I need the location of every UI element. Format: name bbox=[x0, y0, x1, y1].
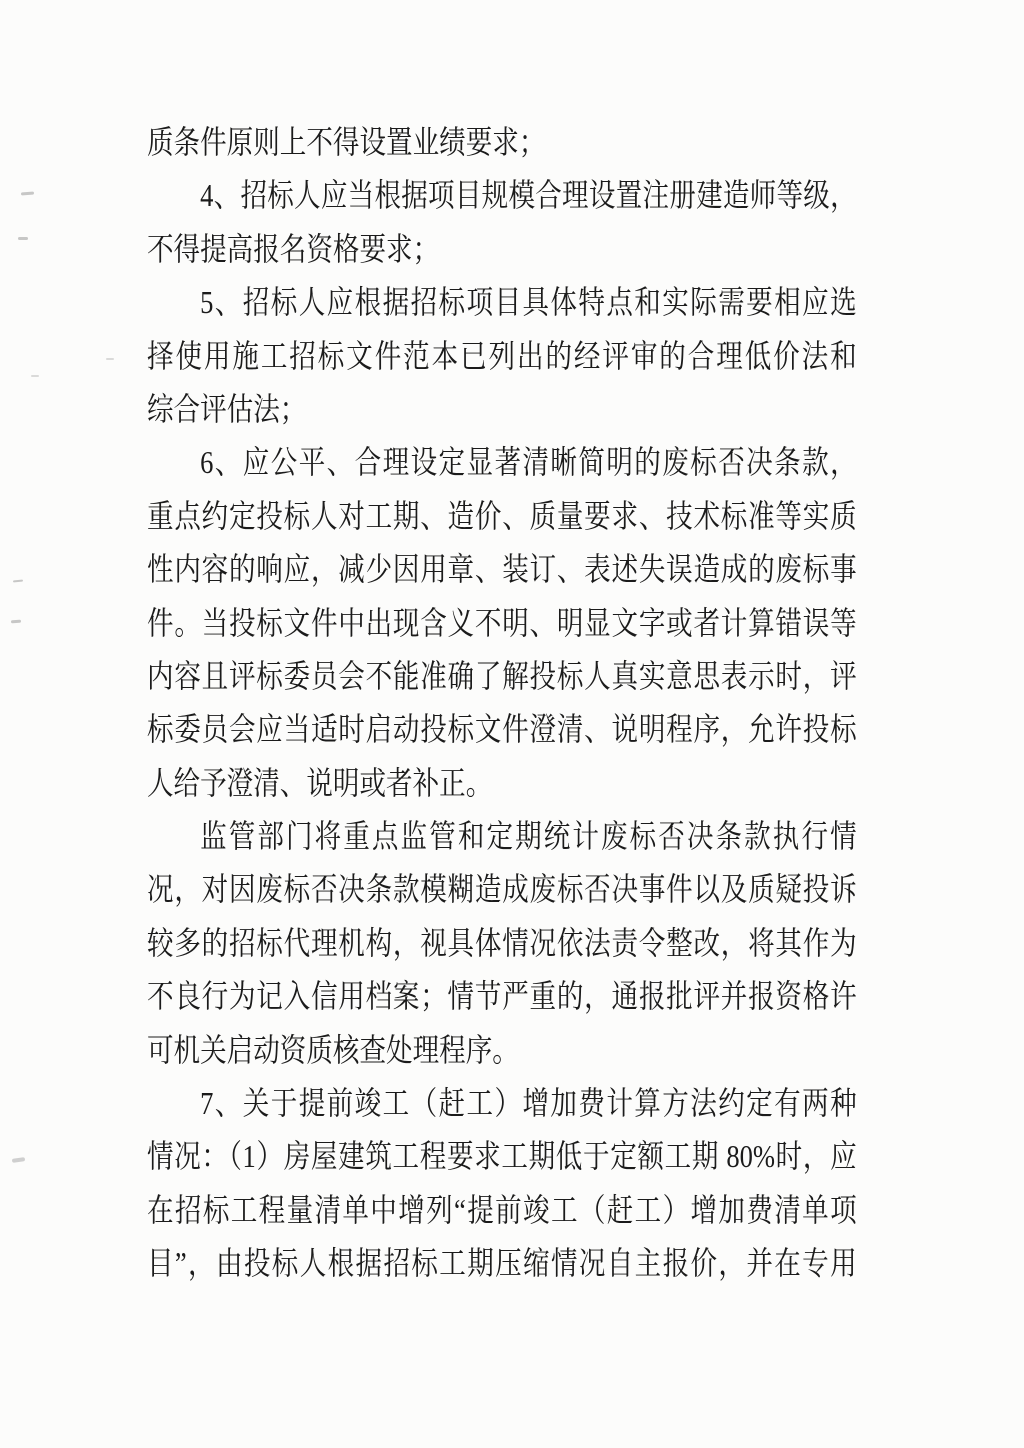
document-page: 质条件原则上不得设置业绩要求；4、招标人应当根据项目规模合理设置注册建造师等级，… bbox=[0, 0, 1024, 1448]
text-line: 7、关于提前竣工（赶工）增加费计算方法约定有两种 bbox=[147, 1077, 857, 1130]
text-line: 不得提高报名资格要求； bbox=[147, 223, 857, 276]
scan-artifact bbox=[21, 192, 34, 196]
text-line: 质条件原则上不得设置业绩要求； bbox=[147, 116, 857, 169]
paragraph-supervision: 监管部门将重点监管和定期统计废标否决条款执行情况，对因废标否决条款模糊造成废标否… bbox=[147, 810, 857, 1077]
text-line: 人给予澄清、说明或者补正。 bbox=[147, 757, 857, 810]
text-line: 综合评估法； bbox=[147, 383, 857, 436]
paragraph-continuation: 质条件原则上不得设置业绩要求； bbox=[147, 116, 857, 169]
scan-artifact bbox=[31, 375, 39, 377]
text-line: 重点约定投标人对工期、造价、质量要求、技术标准等实质 bbox=[147, 490, 857, 543]
text-line: 较多的招标代理机构，视具体情况依法责令整改，将其作为 bbox=[147, 917, 857, 970]
scan-artifact bbox=[106, 358, 114, 360]
text-line: 标委员会应当适时启动投标文件澄清、说明程序，允许投标 bbox=[147, 703, 857, 756]
text-line: 情况：（1）房屋建筑工程要求工期低于定额工期 80%时，应 bbox=[147, 1130, 857, 1183]
text-line: 性内容的响应，减少因用章、装订、表述失误造成的废标事 bbox=[147, 543, 857, 596]
text-line: 内容且评标委员会不能准确了解投标人真实意思表示时，评 bbox=[147, 650, 857, 703]
paragraph-item-6: 6、应公平、合理设定显著清晰简明的废标否决条款，重点约定投标人对工期、造价、质量… bbox=[147, 436, 857, 810]
scan-artifact bbox=[18, 237, 28, 240]
paragraph-item-5: 5、招标人应根据招标项目具体特点和实际需要相应选择使用施工招标文件范本已列出的经… bbox=[147, 276, 857, 436]
document-text-block: 质条件原则上不得设置业绩要求；4、招标人应当根据项目规模合理设置注册建造师等级，… bbox=[147, 116, 857, 1291]
text-line: 6、应公平、合理设定显著清晰简明的废标否决条款， bbox=[147, 436, 857, 489]
paragraph-item-4: 4、招标人应当根据项目规模合理设置注册建造师等级，不得提高报名资格要求； bbox=[147, 169, 857, 276]
text-line: 5、招标人应根据招标项目具体特点和实际需要相应选 bbox=[147, 276, 857, 329]
text-line: 择使用施工招标文件范本已列出的经评审的合理低价法和 bbox=[147, 330, 857, 383]
scan-artifact bbox=[11, 620, 21, 624]
text-line: 况，对因废标否决条款模糊造成废标否决事件以及质疑投诉 bbox=[147, 863, 857, 916]
paragraph-item-7: 7、关于提前竣工（赶工）增加费计算方法约定有两种情况：（1）房屋建筑工程要求工期… bbox=[147, 1077, 857, 1291]
scan-artifact bbox=[13, 579, 23, 582]
text-line: 监管部门将重点监管和定期统计废标否决条款执行情 bbox=[147, 810, 857, 863]
text-line: 目”，由投标人根据招标工期压缩情况自主报价，并在专用 bbox=[147, 1237, 857, 1290]
text-line: 件。当投标文件中出现含义不明、明显文字或者计算错误等 bbox=[147, 597, 857, 650]
text-line: 在招标工程量清单中增列“提前竣工（赶工）增加费清单项 bbox=[147, 1184, 857, 1237]
text-line: 不良行为记入信用档案；情节严重的，通报批评并报资格许 bbox=[147, 970, 857, 1023]
scan-artifact bbox=[12, 1157, 25, 1163]
text-line: 4、招标人应当根据项目规模合理设置注册建造师等级， bbox=[147, 169, 857, 222]
text-line: 可机关启动资质核查处理程序。 bbox=[147, 1024, 857, 1077]
